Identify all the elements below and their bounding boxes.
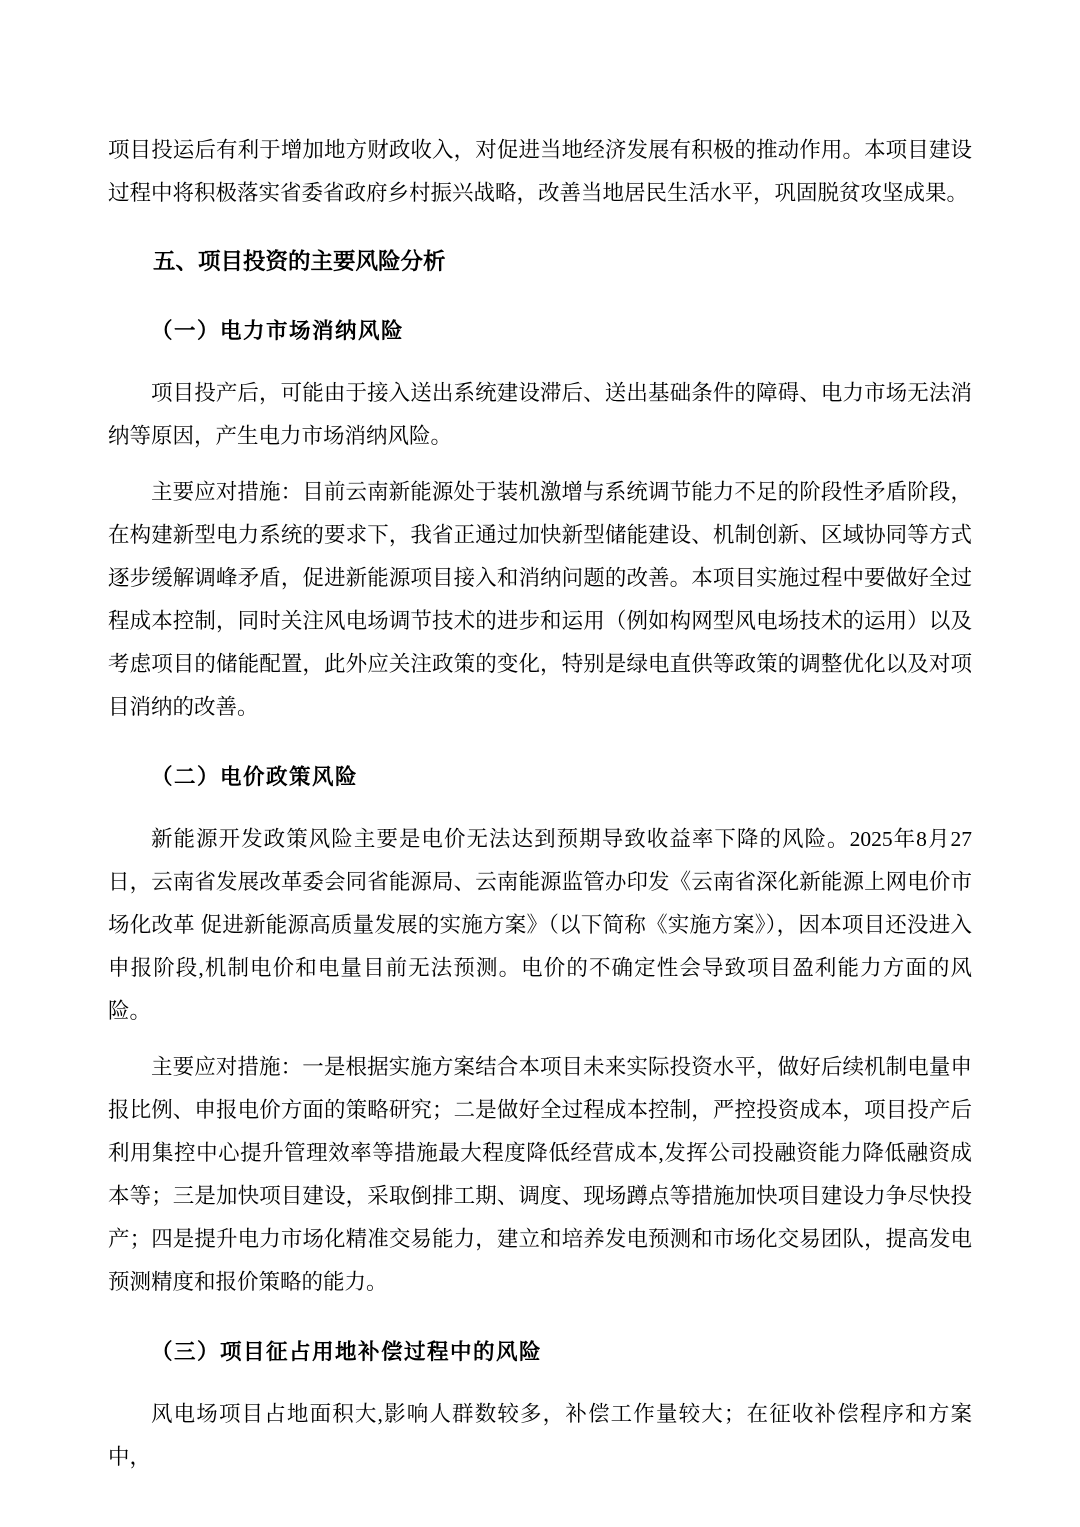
document-page: 项目投运后有利于增加地方财政收入，对促进当地经济发展有积极的推动作用。本项目建设…: [0, 0, 1080, 1527]
paragraph-absorption-risk-countermeasures: 主要应对措施：目前云南新能源处于装机激增与系统调节能力不足的阶段性矛盾阶段，在构…: [108, 471, 972, 729]
main-heading-risk-analysis: 五、项目投资的主要风险分析: [108, 240, 972, 283]
paragraph-price-policy-risk-countermeasures: 主要应对措施：一是根据实施方案结合本项目未来实际投资水平，做好后续机制电量申报比…: [108, 1046, 972, 1304]
paragraph-price-policy-risk-description: 新能源开发政策风险主要是电价无法达到预期导致收益率下降的风险。2025年8月27…: [108, 818, 972, 1033]
paragraph-land-compensation-risk-description: 风电场项目占地面积大,影响人群数较多，补偿工作量较大；在征收补偿程序和方案中，: [108, 1393, 972, 1479]
subheading-power-market-absorption-risk: （一）电力市场消纳风险: [108, 310, 972, 353]
continuation-paragraph: 项目投运后有利于增加地方财政收入，对促进当地经济发展有积极的推动作用。本项目建设…: [108, 129, 972, 215]
subheading-electricity-price-policy-risk: （二）电价政策风险: [108, 756, 972, 799]
paragraph-absorption-risk-description: 项目投产后，可能由于接入送出系统建设滞后、送出基础条件的障碍、电力市场无法消纳等…: [108, 372, 972, 458]
subheading-land-requisition-compensation-risk: （三）项目征占用地补偿过程中的风险: [108, 1331, 972, 1374]
